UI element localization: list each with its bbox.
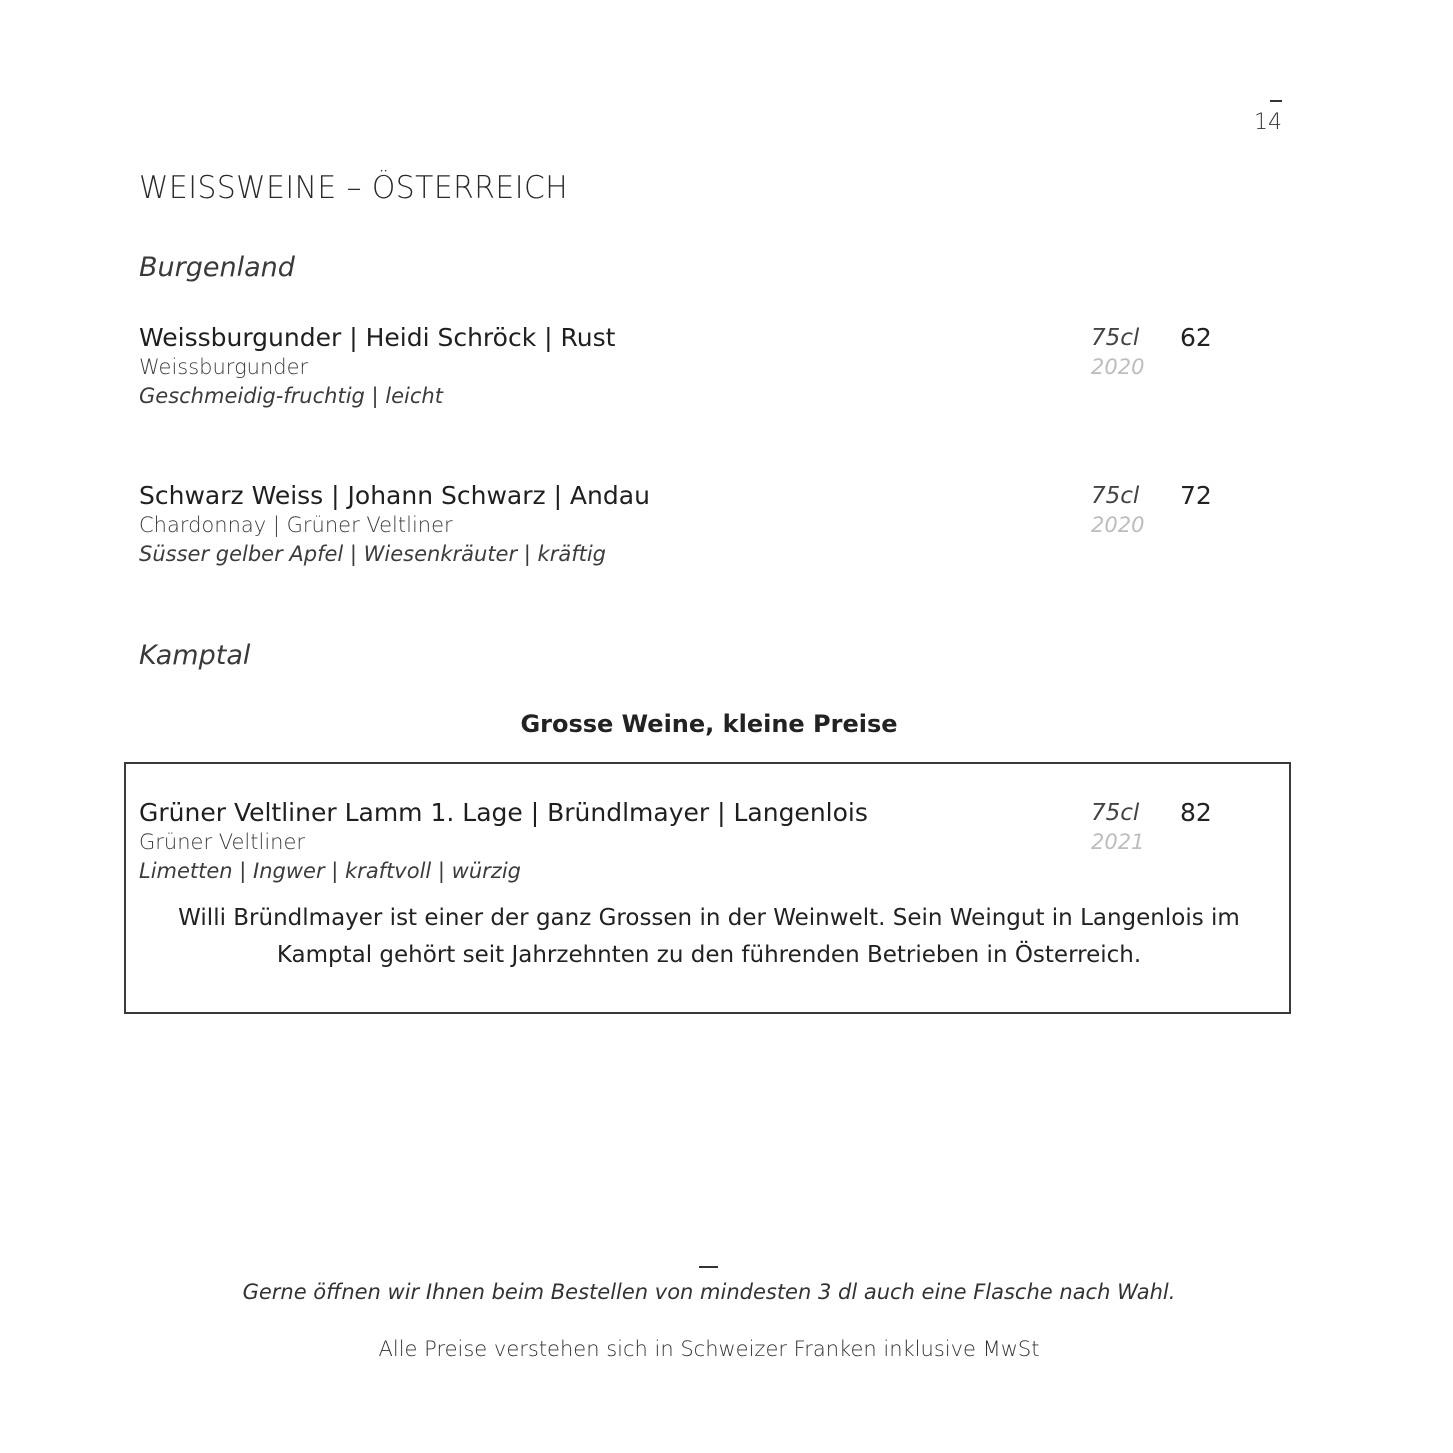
- wine-entry: Schwarz Weiss | Johann Schwarz | Andau C…: [139, 481, 1239, 569]
- wine-tasting-notes: Limetten | Ingwer | kraftvoll | würzig: [139, 857, 1239, 886]
- wine-name: Weissburgunder | Heidi Schröck | Rust: [139, 323, 1239, 353]
- wine-price: 62: [1180, 323, 1212, 353]
- wine-vintage: 2020: [1091, 353, 1144, 382]
- promo-title: Grosse Weine, kleine Preise: [0, 710, 1418, 738]
- footer-divider: [699, 1266, 718, 1268]
- page-number-label: 14: [1254, 110, 1282, 135]
- region-heading-burgenland: Burgenland: [139, 252, 295, 283]
- wine-tasting-notes: Geschmeidig-fruchtig | leicht: [139, 382, 1239, 411]
- page-title: WEISSWEINE – ÖSTERREICH: [139, 170, 568, 206]
- wine-price: 72: [1180, 481, 1212, 511]
- wine-grape: Weissburgunder: [139, 353, 1239, 382]
- wine-entry: Weissburgunder | Heidi Schröck | Rust We…: [139, 323, 1239, 411]
- page-number: 14: [1250, 88, 1290, 135]
- wine-bottle-size: 75cl: [1091, 798, 1139, 828]
- wine-bottle-size: 75cl: [1091, 323, 1139, 353]
- wine-grape: Grüner Veltliner: [139, 828, 1239, 857]
- footer-note: Gerne öffnen wir Ihnen beim Bestellen vo…: [0, 1280, 1418, 1304]
- footer-price-disclaimer: Alle Preise verstehen sich in Schweizer …: [0, 1337, 1418, 1361]
- region-heading-kamptal: Kamptal: [139, 640, 250, 671]
- wine-name: Grüner Veltliner Lamm 1. Lage | Bründlma…: [139, 798, 1239, 828]
- wine-vintage: 2020: [1091, 511, 1144, 540]
- wine-tasting-notes: Süsser gelber Apfel | Wiesenkräuter | kr…: [139, 540, 1239, 569]
- wine-name: Schwarz Weiss | Johann Schwarz | Andau: [139, 481, 1239, 511]
- page-number-dash: [1270, 100, 1282, 102]
- wine-vintage: 2021: [1091, 828, 1144, 857]
- wine-grape: Chardonnay | Grüner Veltliner: [139, 511, 1239, 540]
- wine-entry: Grüner Veltliner Lamm 1. Lage | Bründlma…: [139, 798, 1239, 886]
- promo-description: Willi Bründlmayer ist einer der ganz Gro…: [135, 900, 1283, 974]
- wine-bottle-size: 75cl: [1091, 481, 1139, 511]
- wine-price: 82: [1180, 798, 1212, 828]
